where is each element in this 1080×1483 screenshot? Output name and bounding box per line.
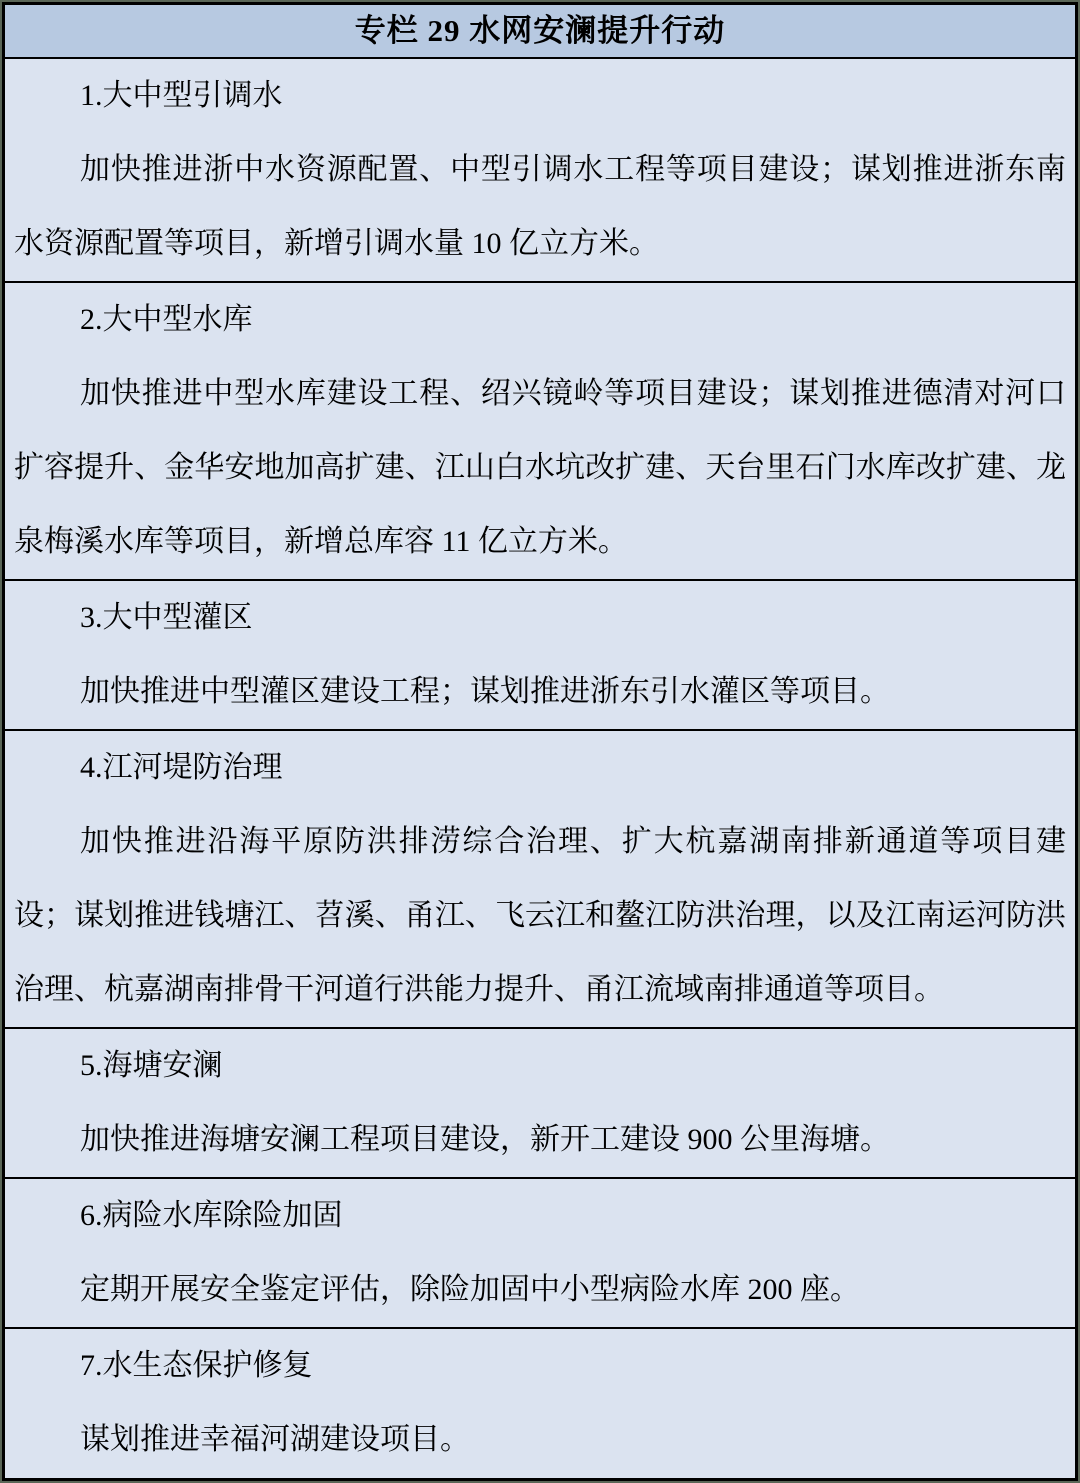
section-body: 谋划推进幸福河湖建设项目。 (14, 1403, 1066, 1477)
section-row-2: 2.大中型水库 加快推进中型水库建设工程、绍兴镜岭等项目建设；谋划推进德清对河口… (5, 283, 1075, 581)
section-row-7: 7.水生态保护修复 谋划推进幸福河湖建设项目。 (5, 1329, 1075, 1478)
section-body: 加快推进海塘安澜工程项目建设，新开工建设 900 公里海塘。 (14, 1103, 1066, 1177)
section-heading: 4.江河堤防治理 (14, 731, 1066, 805)
section-body: 加快推进浙中水资源配置、中型引调水工程等项目建设；谋划推进浙东南水资源配置等项目… (14, 133, 1066, 281)
page-frame: 专栏 29 水网安澜提升行动 1.大中型引调水 加快推进浙中水资源配置、中型引调… (0, 0, 1080, 1483)
section-row-5: 5.海塘安澜 加快推进海塘安澜工程项目建设，新开工建设 900 公里海塘。 (5, 1029, 1075, 1179)
section-body: 加快推进中型灌区建设工程；谋划推进浙东引水灌区等项目。 (14, 655, 1066, 729)
section-heading: 6.病险水库除险加固 (14, 1179, 1066, 1253)
section-heading: 7.水生态保护修复 (14, 1329, 1066, 1403)
section-heading: 5.海塘安澜 (14, 1029, 1066, 1103)
section-body: 定期开展安全鉴定评估，除险加固中小型病险水库 200 座。 (14, 1253, 1066, 1327)
section-heading: 2.大中型水库 (14, 283, 1066, 357)
section-body: 加快推进中型水库建设工程、绍兴镜岭等项目建设；谋划推进德清对河口扩容提升、金华安… (14, 357, 1066, 579)
section-heading: 1.大中型引调水 (14, 59, 1066, 133)
section-heading: 3.大中型灌区 (14, 581, 1066, 655)
section-row-1: 1.大中型引调水 加快推进浙中水资源配置、中型引调水工程等项目建设；谋划推进浙东… (5, 59, 1075, 283)
table-title: 专栏 29 水网安澜提升行动 (5, 5, 1075, 59)
section-row-6: 6.病险水库除险加固 定期开展安全鉴定评估，除险加固中小型病险水库 200 座。 (5, 1179, 1075, 1329)
section-row-4: 4.江河堤防治理 加快推进沿海平原防洪排涝综合治理、扩大杭嘉湖南排新通道等项目建… (5, 731, 1075, 1029)
section-body: 加快推进沿海平原防洪排涝综合治理、扩大杭嘉湖南排新通道等项目建设；谋划推进钱塘江… (14, 805, 1066, 1027)
action-plan-table: 专栏 29 水网安澜提升行动 1.大中型引调水 加快推进浙中水资源配置、中型引调… (2, 2, 1078, 1481)
section-row-3: 3.大中型灌区 加快推进中型灌区建设工程；谋划推进浙东引水灌区等项目。 (5, 581, 1075, 731)
